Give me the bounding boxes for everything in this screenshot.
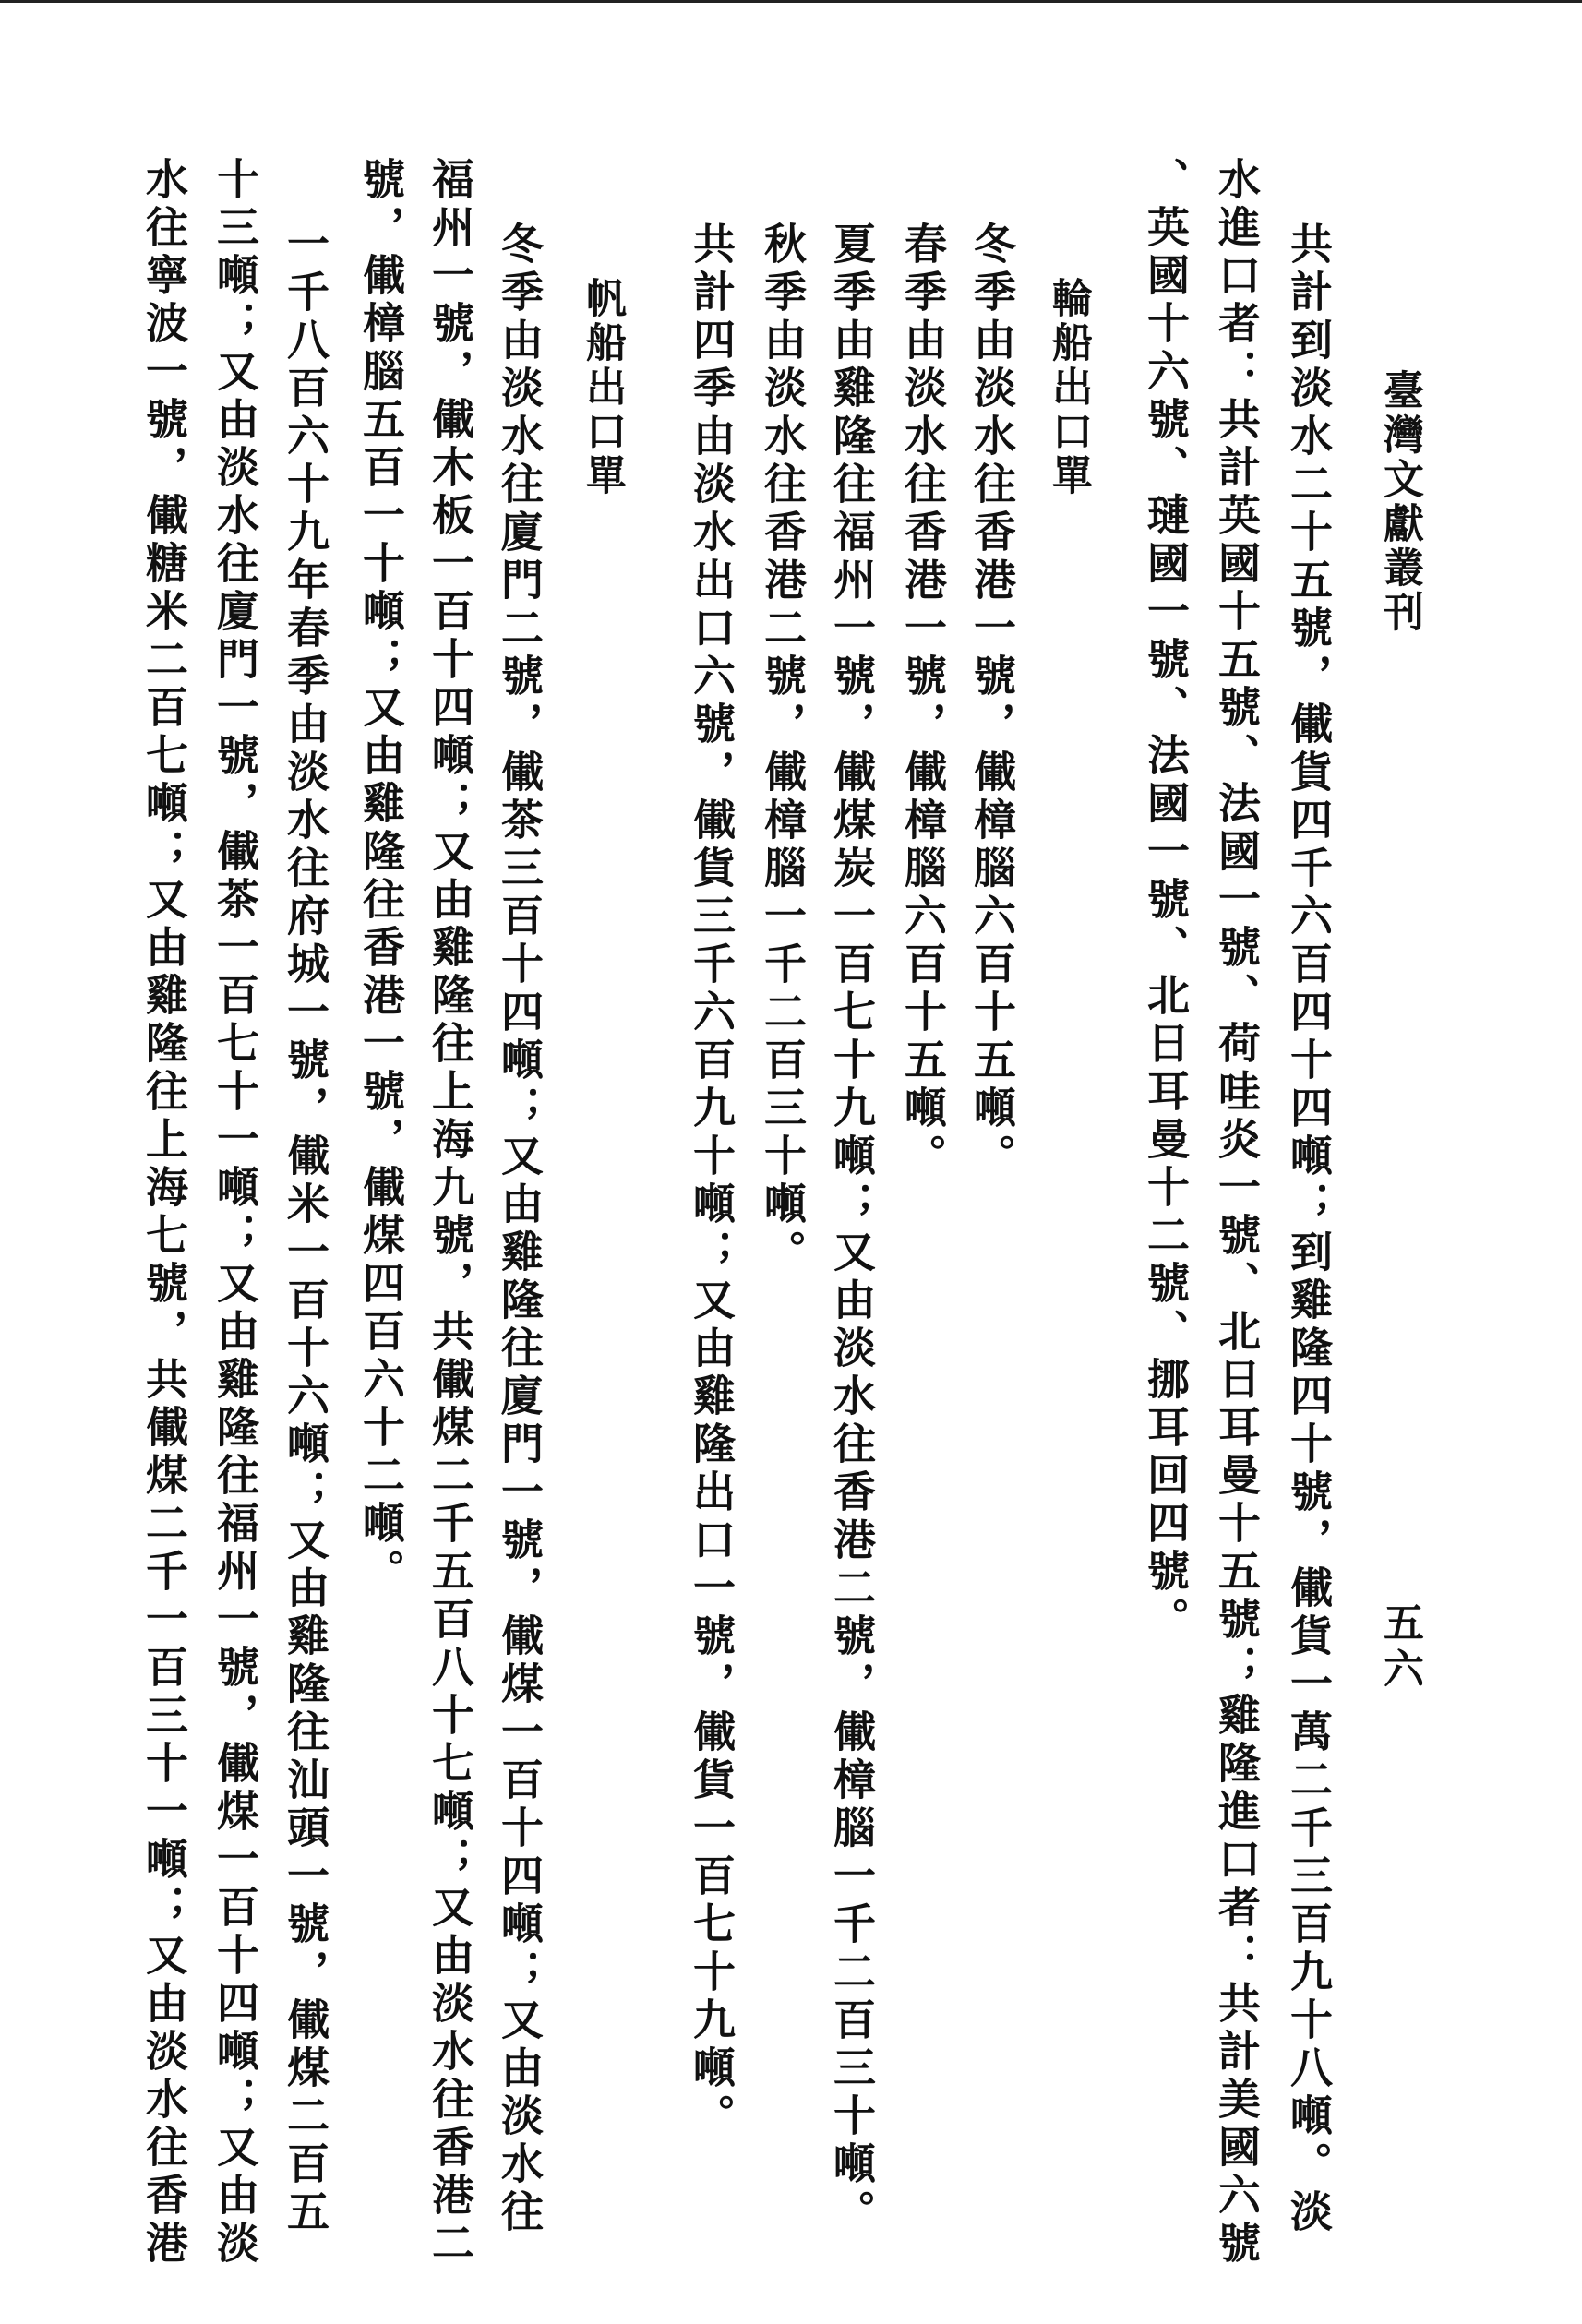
top-border-line (0, 0, 1582, 3)
import-summary-line-2: 水進口者：共計英國十五號、法國一號、荷哇炎一號、北日耳曼十五號；雞隆進口者：共計… (1216, 157, 1258, 2269)
sailing-ship-export-line: 號，儎樟腦五百一十噸；又由雞隆往香港一號，儎煤四百六十二噸。 (360, 157, 402, 1597)
steamship-export-line: 冬季由淡水往香港一號，儎樟腦六百十五噸。 (971, 222, 1013, 1181)
sailing-ship-exports-heading: 帆船出口單 (581, 277, 622, 498)
steamship-exports-heading: 輪船出口單 (1048, 277, 1088, 498)
sailing-ship-export-line: 十三噸；又由淡水往廈門一號，儎茶一百七十一噸；又由雞隆往福州一號，儎煤一百十四噸… (214, 157, 257, 2269)
sailing-ship-export-line: 冬季由淡水往廈門二號，儎茶三百十四噸；又由雞隆往廈門一號，儎煤一百十四噸；又由淡… (498, 222, 541, 2237)
steamship-export-line: 秋季由淡水往香港二號，儎樟腦一千二百三十噸。 (761, 222, 804, 1277)
steamship-export-line: 夏季由雞隆往福州一號，儎煤炭一百七十九噸；又由淡水往香港二號，儎樟腦一千二百三十… (831, 222, 873, 2237)
page-number: 五六 (1379, 1601, 1420, 1694)
sailing-ship-export-line: 一千八百六十九年春季由淡水往府城一號，儎米一百十六噸；又由雞隆往汕頭一號，儎煤二… (284, 222, 327, 2237)
import-summary-line-3: 、英國十六號、璉國一號、法國一號、北日耳曼十二號、挪耳回四號。 (1145, 157, 1187, 1645)
steamship-export-line: 春季由淡水往香港一號，儎樟腦六百十五噸。 (902, 222, 944, 1181)
series-title: 臺灣文獻叢刊 (1379, 369, 1420, 635)
sailing-ship-export-line: 水往寧波一號，儎糖米二百七噸；又由雞隆往上海七號，共儎煤二千一百三十一噸；又由淡… (143, 157, 186, 2269)
import-summary-line-1: 共計到淡水二十五號，儎貨四千六百四十四噸；到雞隆四十號，儎貨一萬二千三百九十八噸… (1288, 222, 1330, 2237)
steamship-export-line: 共計四季由淡水出口六號，儎貨三千六百九十噸；又由雞隆出口一號，儎貨一百七十九噸。 (690, 222, 733, 2141)
sailing-ship-export-line: 福州一號，儎木板一百十四噸；又由雞隆往上海九號，共儎煤二千五百八十七噸；又由淡水… (429, 157, 472, 2269)
